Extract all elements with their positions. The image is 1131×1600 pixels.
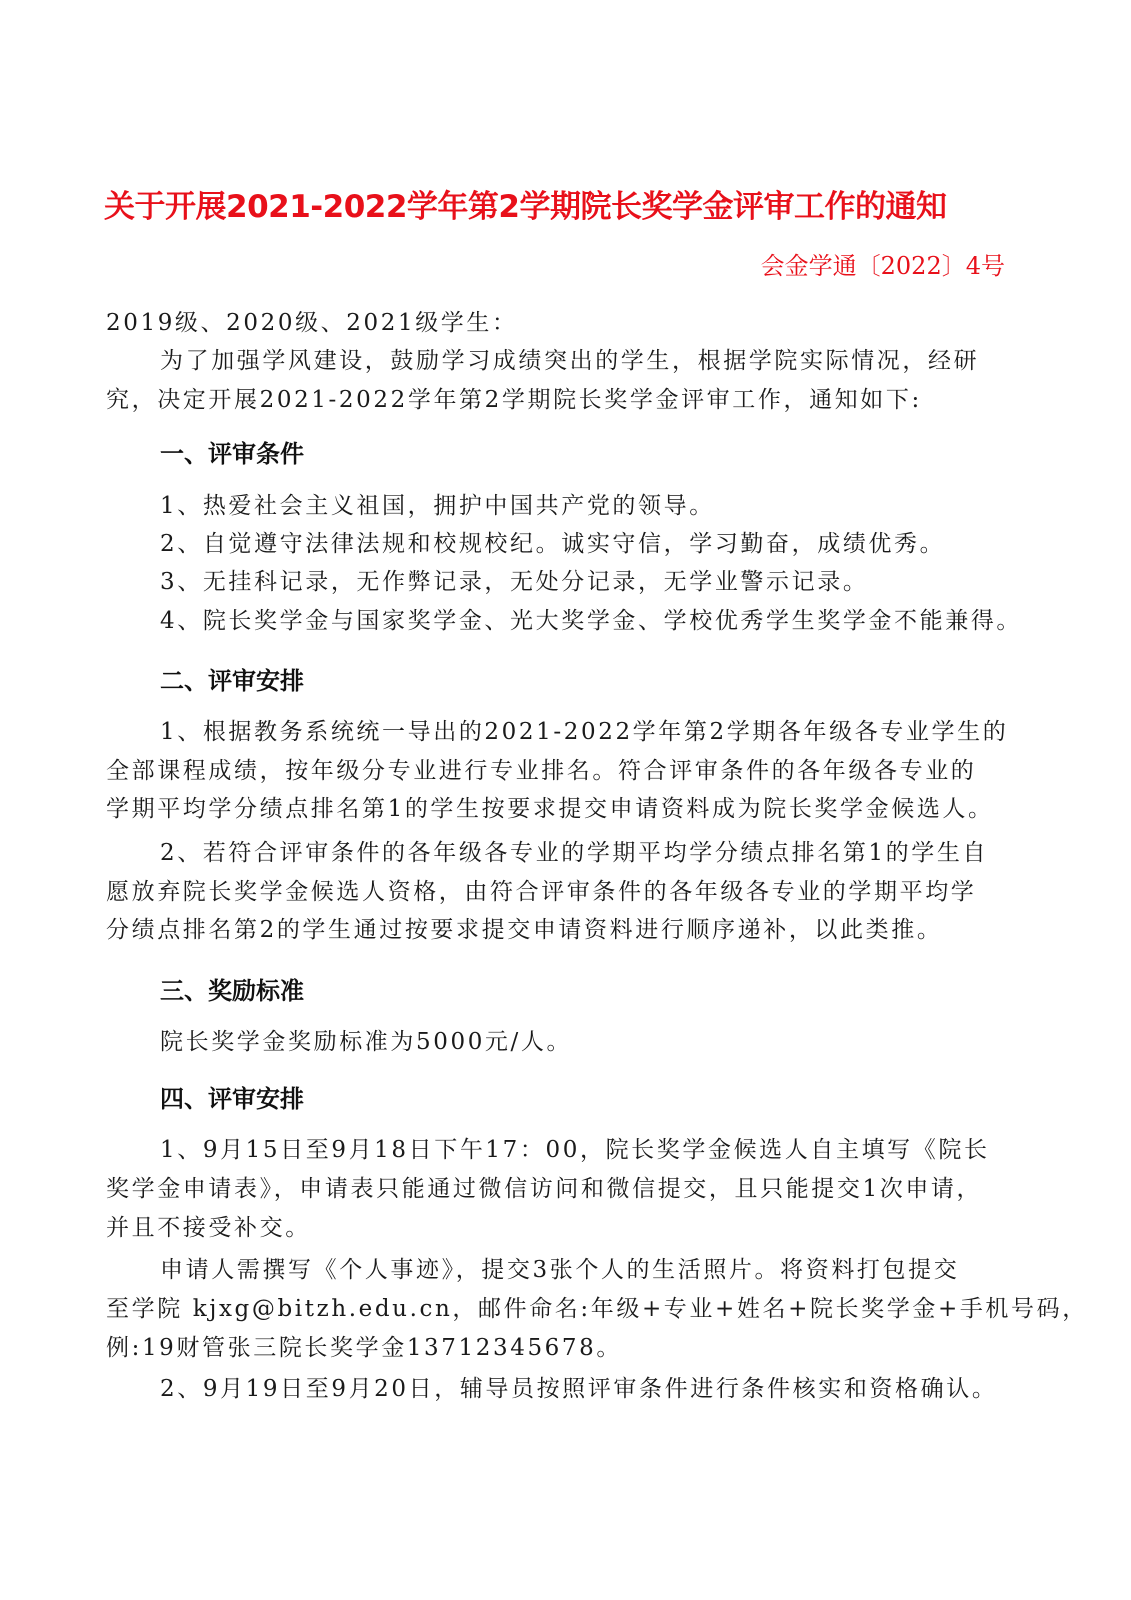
- section-line: 2、自觉遵守法律法规和校规校纪。诚实守信，学习勤奋，成绩优秀。: [160, 525, 945, 558]
- section-line: 例:19财管张三院长奖学金13712345678。: [106, 1329, 622, 1362]
- intro-line: 为了加强学风建设，鼓励学习成绩突出的学生，根据学院实际情况，经研: [160, 342, 979, 375]
- section-heading: 二、评审安排: [160, 661, 304, 696]
- section-line: 全部课程成绩，按年级分专业进行专业排名。符合评审条件的各年级各专业的: [106, 752, 976, 785]
- document-page: 关于开展2021-2022学年第2学期院长奖学金评审工作的通知 会金学通〔202…: [0, 0, 1131, 1600]
- section-line: 1、9月15日至9月18日下午17：00，院长奖学金候选人自主填写《院长: [160, 1131, 990, 1164]
- section-line: 4、院长奖学金与国家奖学金、光大奖学金、学校优秀学生奖学金不能兼得。: [160, 602, 1022, 635]
- section-line: 2、9月19日至9月20日，辅导员按照评审条件进行条件核实和资格确认。: [160, 1370, 997, 1403]
- section-line: 愿放弃院长奖学金候选人资格，由符合评审条件的各年级各专业的学期平均学: [106, 873, 976, 906]
- section-line: 并且不接受补交。: [106, 1209, 311, 1242]
- section-line: 2、若符合评审条件的各年级各专业的学期平均学分绩点排名第1的学生自: [160, 834, 988, 867]
- section-line: 学期平均学分绩点排名第1的学生按要求提交申请资料成为院长奖学金候选人。: [106, 790, 994, 823]
- intro-line: 究，决定开展2021-2022学年第2学期院长奖学金评审工作，通知如下:: [106, 381, 922, 414]
- section-line: 1、热爱社会主义祖国，拥护中国共产党的领导。: [160, 487, 715, 520]
- section-line: 分绩点排名第2的学生通过按要求提交申请资料进行顺序递补，以此类推。: [106, 911, 942, 944]
- section-line-email: 至学院 kjxg@bitzh.edu.cn，邮件命名:年级+专业+姓名+院长奖学…: [106, 1290, 1088, 1323]
- section-heading: 三、奖励标准: [160, 971, 304, 1006]
- section-line: 奖学金申请表》，申请表只能通过微信访问和微信提交，且只能提交1次申请，: [106, 1170, 982, 1203]
- section-line: 1、根据教务系统统一导出的2021-2022学年第2学期各年级各专业学生的: [160, 713, 1008, 746]
- addressee: 2019级、2020级、2021级学生：: [106, 304, 518, 337]
- section-line: 院长奖学金奖励标准为5000元/人。: [160, 1023, 572, 1056]
- document-title: 关于开展2021-2022学年第2学期院长奖学金评审工作的通知: [104, 186, 1014, 228]
- section-heading: 四、评审安排: [160, 1079, 304, 1114]
- section-line: 申请人需撰写《个人事迹》，提交3张个人的生活照片。将资料打包提交: [160, 1251, 959, 1284]
- document-number: 会金学通〔2022〕4号: [761, 248, 1005, 284]
- section-heading: 一、评审条件: [160, 434, 304, 469]
- section-line: 3、无挂科记录，无作弊记录，无处分记录，无学业警示记录。: [160, 563, 868, 596]
